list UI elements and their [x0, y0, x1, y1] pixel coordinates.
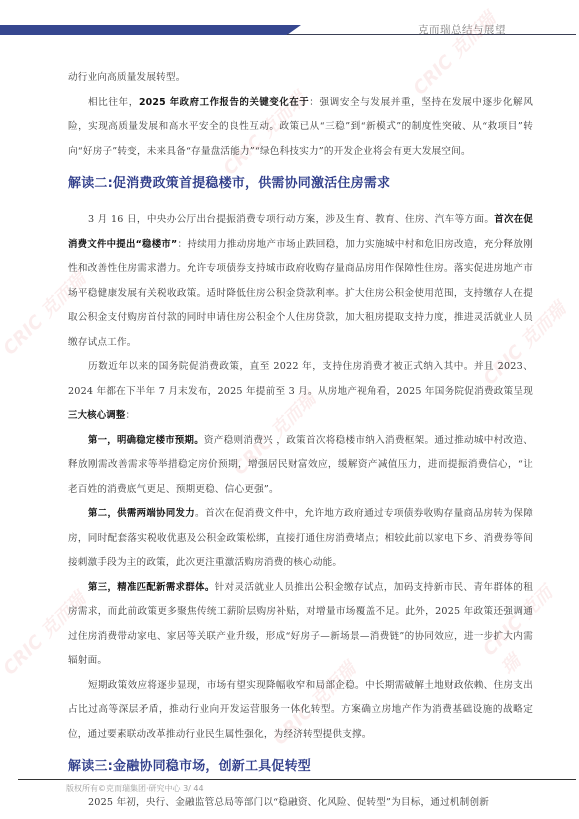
paragraph: 历数近年以来的国务院促消费政策，直至 2022 年，支持住房消费才被正式纳入其中…	[68, 355, 533, 429]
paragraph: 2025 年初，央行、金融监管总局等部门以“稳融资、化风险、促转型”为目标，通过…	[68, 791, 533, 816]
bold-phrase: 第二，供需两端协同发力	[88, 508, 195, 519]
paragraph: 短期政策效应将逐步显现，市场有望实现降幅收窄和局部企稳。中长期需破解土地财政依赖…	[68, 674, 533, 748]
bold-phrase: 三大核心调整	[68, 410, 125, 421]
document-body: 动行业向高质量发展转型。 相比往年，2025 年政府工作报告的关键变化在于：强调…	[68, 66, 533, 816]
paragraph: 第二，供需两端协同发力。首次在促消费文件中，允许地方政府通过专项债券收购存量商品…	[68, 502, 533, 576]
section-heading: 解读二:促消费政策首提稳楼市，供需协同激活住房需求	[68, 172, 533, 196]
footer-copyright-page: 版权所有©克而瑞集团·研究中心 3/ 44	[66, 783, 204, 794]
paragraph: 第三，精准匹配新需求群体。针对灵活就业人员推出公积金缴存试点，加码支持新市民、青…	[68, 576, 533, 674]
paragraph: 第一，明确稳定楼市预期。资产稳则消费兴 ，政策首次将稳楼市纳入消费框架。通过推动…	[68, 429, 533, 503]
paragraph: 相比往年，2025 年政府工作报告的关键变化在于：强调安全与发展并重，坚持在发展…	[68, 91, 533, 165]
running-header-title: 克而瑞总结与展望	[418, 22, 506, 37]
bold-phrase: 第一，明确稳定楼市预期。	[88, 435, 204, 446]
bold-phrase: 第三，精准匹配新需求群体。	[88, 582, 215, 593]
footer-rule	[18, 779, 576, 780]
paragraph: 3 月 16 日，中央办公厅出台提振消费专项行动方案，涉及生育、教育、住房、汽车…	[68, 208, 533, 355]
header-bar	[0, 25, 287, 35]
bold-phrase: 2025 年政府工作报告的关键变化在于	[139, 97, 309, 108]
section-heading: 解读三:金融协同稳市场，创新工具促转型	[68, 755, 533, 779]
paragraph: 动行业向高质量发展转型。	[68, 66, 533, 91]
